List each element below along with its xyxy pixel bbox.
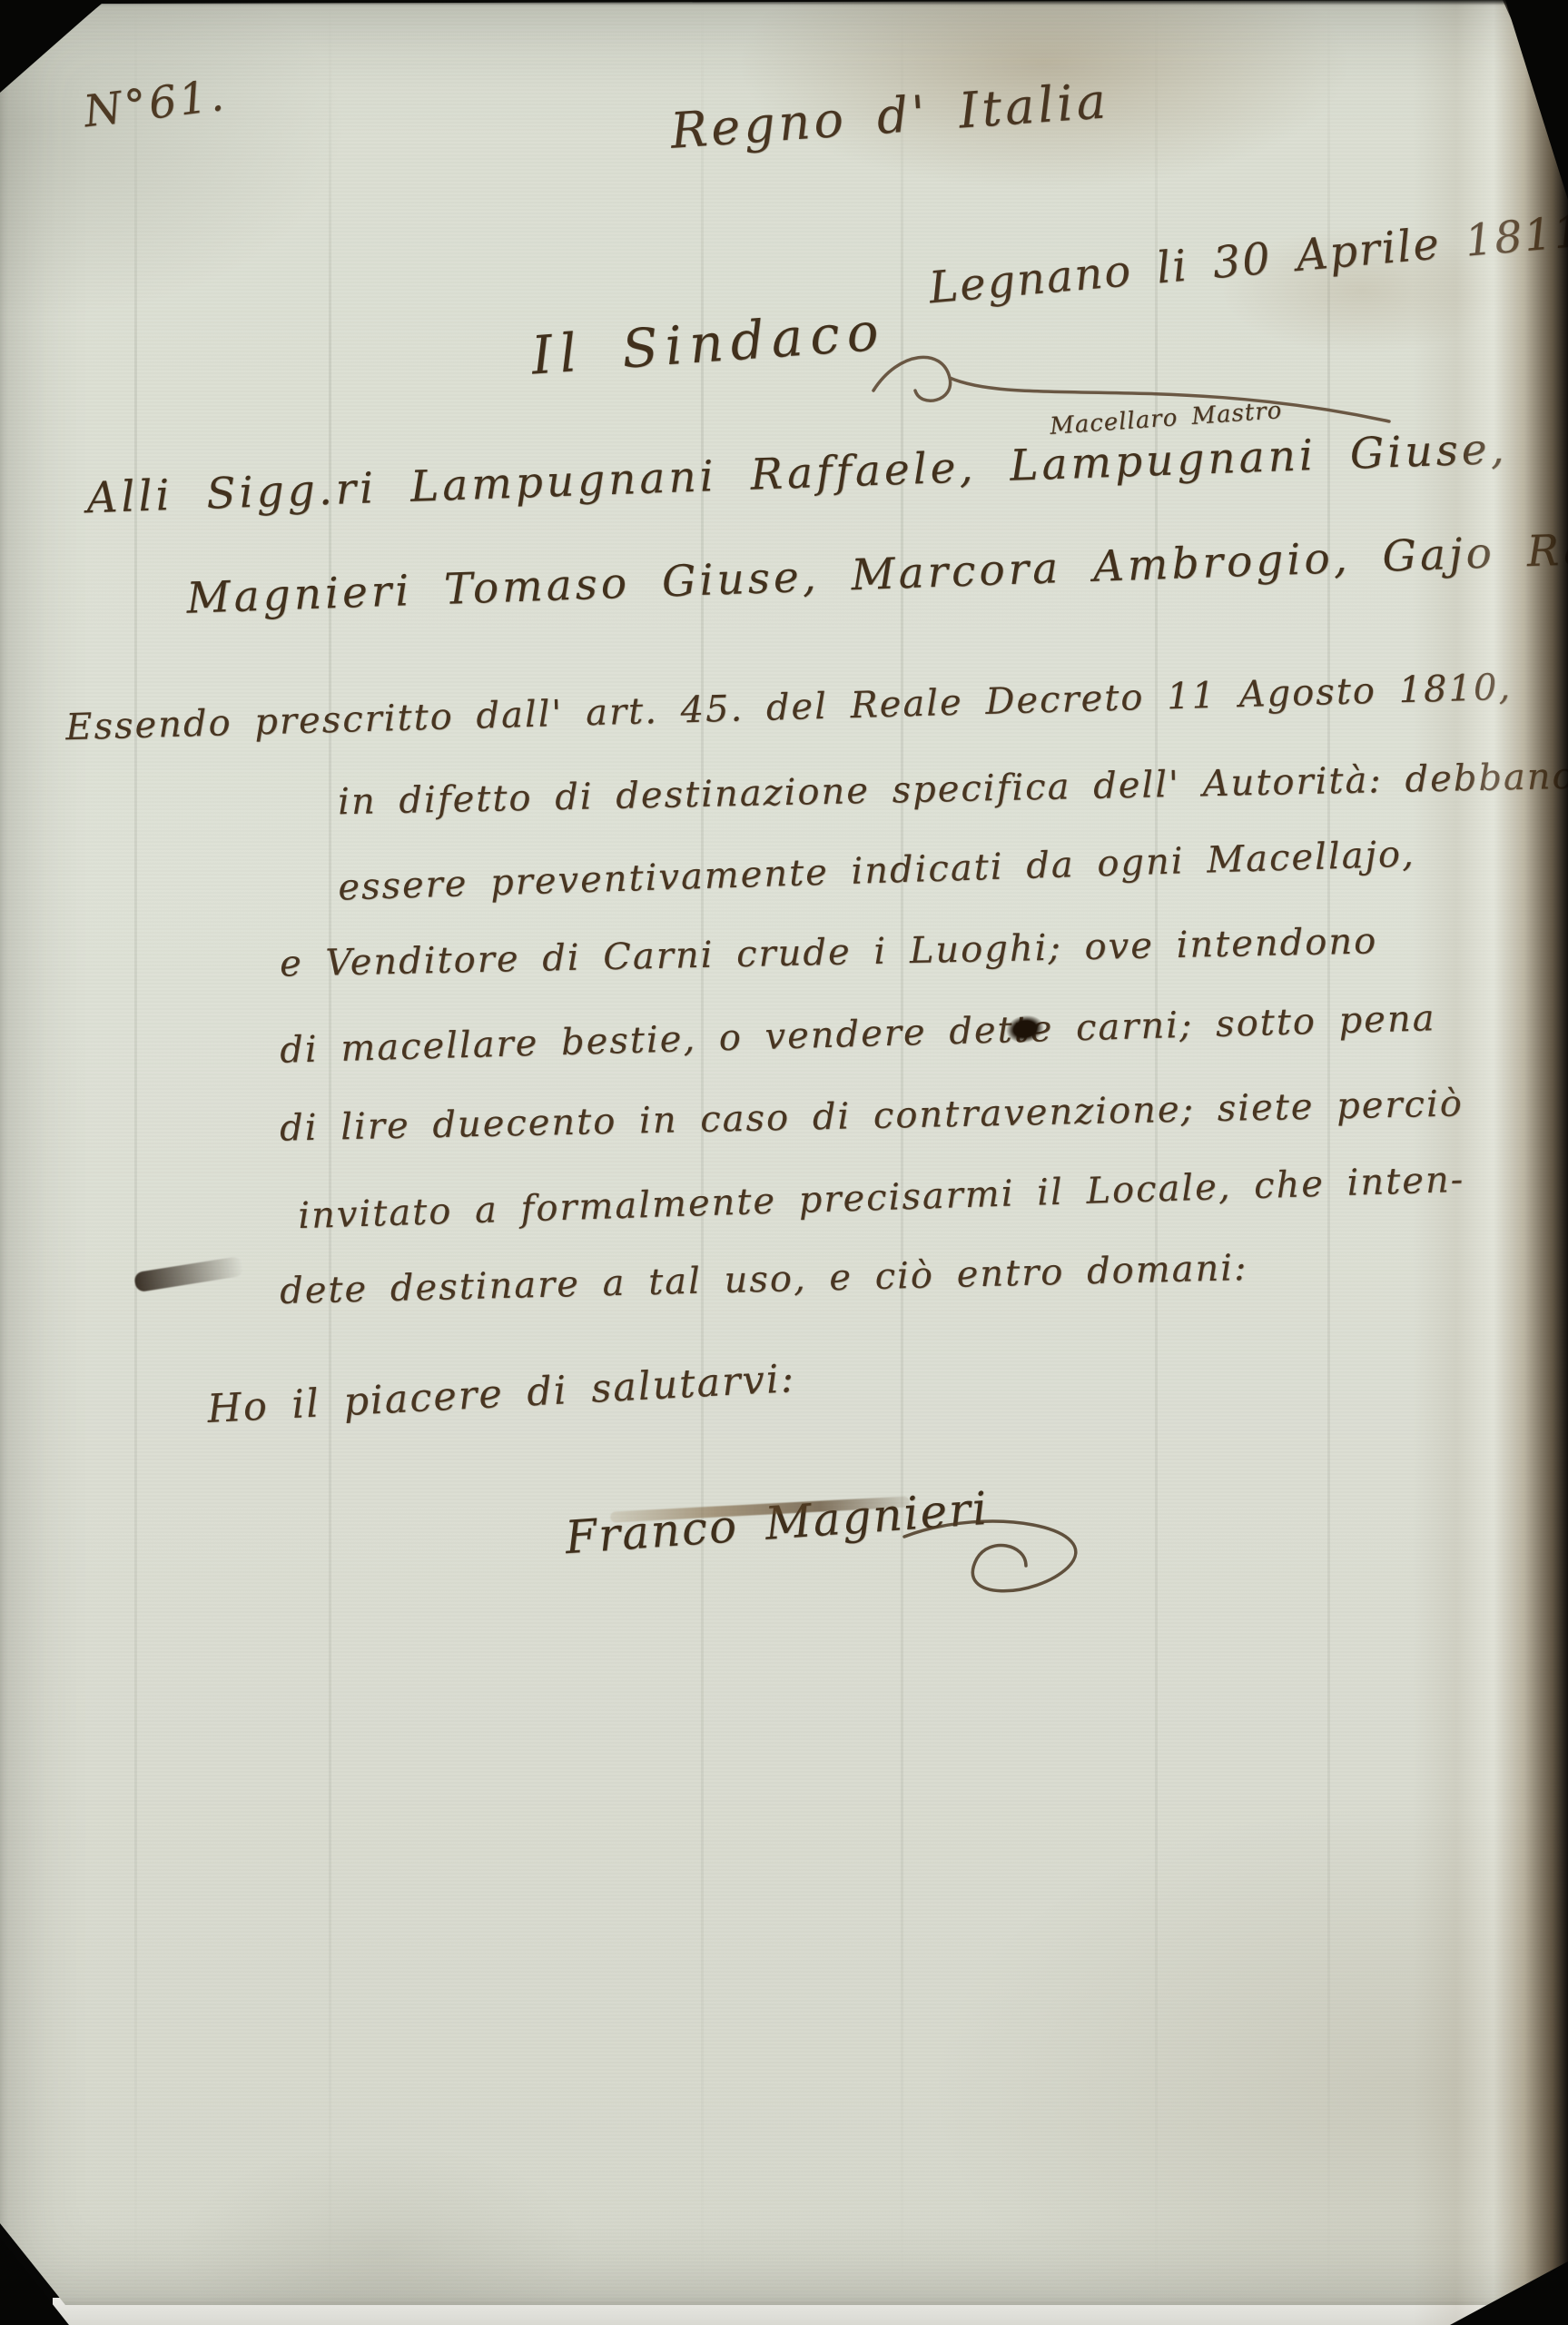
fold-line bbox=[1327, 0, 1330, 2305]
fold-line bbox=[329, 0, 331, 2305]
fold-line bbox=[901, 0, 903, 2305]
photo-edge-shadow bbox=[0, 0, 1568, 5]
fold-line bbox=[1155, 0, 1158, 2305]
photo-background: N°61. Regno d' Italia Legnano li 30 Apri… bbox=[0, 0, 1568, 2325]
fold-line bbox=[134, 0, 137, 2305]
